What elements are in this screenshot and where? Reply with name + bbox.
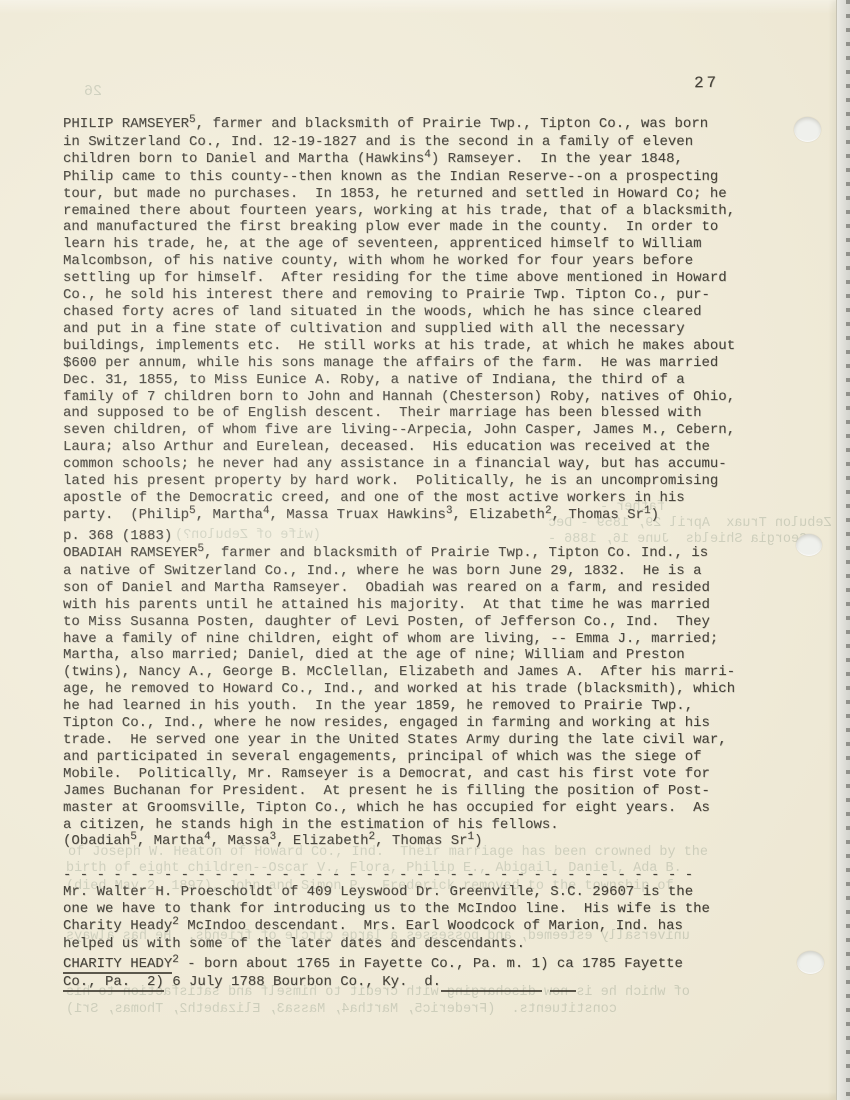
typed-line: CHARITY HEADY2 - born about 1765 in Faye… [63, 956, 683, 974]
typed-line: Martha, also married; Daniel, died at th… [63, 647, 735, 664]
hole-punch-middle [796, 534, 822, 556]
typed-line: have a family of nine children, eight of… [63, 631, 735, 648]
perforation-dashes [846, 0, 850, 1100]
mcindoo-acknowledgement-paragraph: Mr. Walter H. Proescholdt of 409 Leyswoo… [63, 884, 710, 953]
typed-line: master at Groomsville, Tipton Co., which… [63, 800, 735, 817]
hole-punch-bottom [797, 951, 824, 974]
generation-superscript: 2 [545, 505, 552, 517]
typed-line: Philip came to this county--then known a… [63, 169, 735, 186]
typed-line: a native of Switzerland Co., Ind., where… [63, 563, 735, 580]
typed-line: Tipton Co., Ind., where he now resides, … [63, 715, 735, 732]
generation-superscript: 1 [644, 505, 651, 517]
generation-superscript: 5 [197, 543, 204, 555]
generation-superscript: 5 [130, 831, 137, 843]
typed-line: chased forty acres of land situated in t… [63, 304, 735, 321]
typed-line: Mr. Walter H. Proescholdt of 409 Leyswoo… [63, 884, 710, 901]
obadiah-ramseyer-paragraph: OBADIAH RAMSEYER5, farmer and blacksmith… [63, 545, 735, 851]
typed-line: to Miss Susanna Posten, daughter of Levi… [63, 614, 735, 631]
typed-line: and supposed to be of English descent. T… [63, 405, 735, 422]
typed-line: in Switzerland Co., Ind. 12-19-1827 and … [63, 134, 735, 151]
generation-superscript: 4 [204, 831, 211, 843]
typed-line: a citizen, he stands high in the estimat… [63, 817, 735, 834]
generation-superscript: 3 [446, 505, 453, 517]
generation-superscript: 2 [172, 954, 179, 966]
typed-line: trade. He served one year in the United … [63, 732, 735, 749]
typed-line: and manufactured the first breaking plow… [63, 219, 735, 236]
typed-line: one we have to thank for introducing us … [63, 901, 710, 918]
typed-line: Charity Heady2 McIndoo descendant. Mrs. … [63, 918, 710, 936]
typed-line: and participated in several engagements,… [63, 749, 735, 766]
philip-ramseyer-paragraph: PHILIP RAMSEYER5, farmer and blacksmith … [63, 116, 735, 525]
scan-edge-strip [836, 0, 850, 1100]
typed-line: $600 per annum, while his sons manage th… [63, 355, 735, 372]
typed-line: learn his trade, he, at the age of seven… [63, 236, 735, 253]
ghost-text-fragment: constituents. (Frederic5, Martha4, Massa… [66, 1002, 617, 1019]
typed-line: Mobile. Politically, Mr. Ramseyer is a D… [63, 766, 735, 783]
typed-line: Co., Pa. 2) 6 July 1788 Bourbon Co., Ky.… [63, 974, 683, 991]
generation-superscript: 5 [189, 114, 196, 126]
typed-line: and put in a fine state of cultivation a… [63, 321, 735, 338]
source-page-reference: p. 368 (1883) [63, 528, 172, 545]
typed-line: party. (Philip5, Martha4, Massa Truax Ha… [63, 507, 735, 525]
dashed-separator: - - - - - - - - - - - - - - - - - - - - … [63, 867, 693, 884]
typed-line: (Obadiah5, Martha4, Massa3, Elizabeth2, … [63, 833, 735, 851]
hole-punch-top [794, 117, 821, 142]
typed-line: common schools; he never had any assista… [63, 456, 735, 473]
typed-line: he had learned in his youth. In the year… [63, 698, 735, 715]
page-number: 27 [694, 74, 720, 92]
typed-line: lated his present property by hard work.… [63, 473, 735, 490]
typed-line: Co., he sold his interest there and remo… [63, 287, 735, 304]
generation-superscript: 2 [172, 916, 179, 928]
generation-superscript: 4 [424, 149, 431, 161]
typed-line: children born to Daniel and Martha (Hawk… [63, 151, 735, 169]
typed-line: Dec. 31, 1855, to Miss Eunice A. Roby, a… [63, 372, 735, 389]
generation-superscript: 2 [369, 831, 376, 843]
typed-line: Malcombson, of his native county, with w… [63, 253, 735, 270]
typed-line: remained there about fourteen years, wor… [63, 203, 735, 220]
charity-heady-entry: CHARITY HEADY2 - born about 1765 in Faye… [63, 956, 683, 991]
scanned-document-page: 26father -Zebulon Truax April 29, 1859 -… [0, 0, 850, 1100]
generation-superscript: 5 [189, 505, 196, 517]
typed-line: buildings, implements etc. He still work… [63, 338, 735, 355]
generation-superscript: 1 [468, 831, 475, 843]
underlined-text: CHARITY HEADY [63, 956, 172, 974]
typed-line: tour, but made no purchases. In 1853, he… [63, 186, 735, 203]
ghost-text-fragment: 26 [84, 84, 102, 101]
typed-line: family of 7 children born to John and Ha… [63, 389, 735, 406]
underlined-text [441, 974, 542, 992]
typed-line: son of Daniel and Martha Ramseyer. Obadi… [63, 580, 735, 597]
typed-line: age, he removed to Howard Co., Ind., and… [63, 681, 735, 698]
typed-line: OBADIAH RAMSEYER5, farmer and blacksmith… [63, 545, 735, 563]
typed-line: apostle of the Democratic creed, and one… [63, 490, 735, 507]
typed-line: (twins), Nancy A., George B. McClellan, … [63, 664, 735, 681]
underlined-text: Co., Pa. 2) [63, 974, 164, 992]
typed-line: Laura; also Arthur and Eurelean, decease… [63, 439, 735, 456]
typed-line: helped us with some of the later dates a… [63, 936, 710, 953]
underlined-text [550, 974, 575, 992]
typed-line: seven children, of whom five are living-… [63, 422, 735, 439]
generation-superscript: 4 [263, 505, 270, 517]
typed-line: settling up for himself. After residing … [63, 270, 735, 287]
typed-line: with his parents until he attained his m… [63, 597, 735, 614]
generation-superscript: 3 [269, 831, 276, 843]
typed-line: PHILIP RAMSEYER5, farmer and blacksmith … [63, 116, 735, 134]
typed-line: James Buchanan for President. At present… [63, 783, 735, 800]
